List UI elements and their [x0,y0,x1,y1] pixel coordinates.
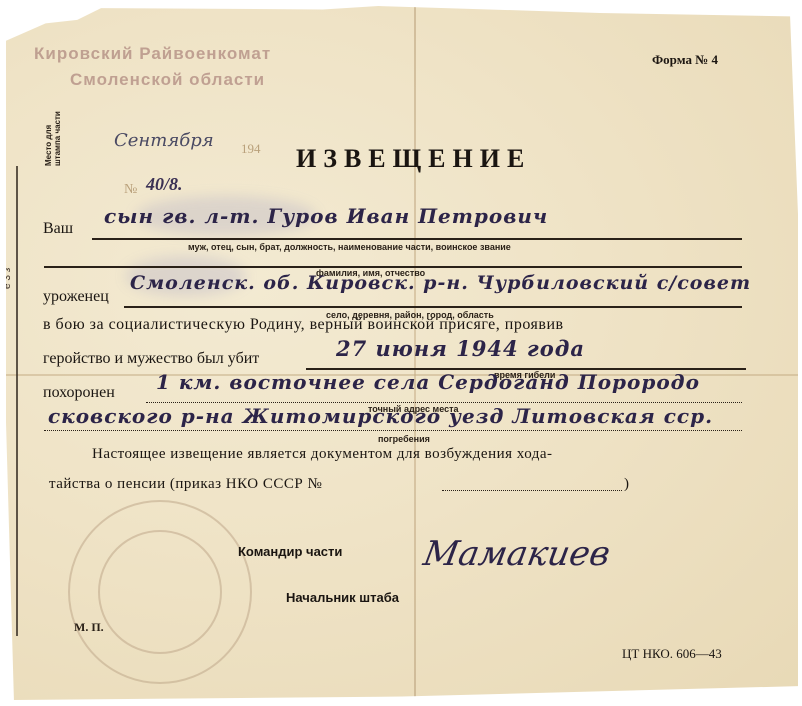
burial-hint2: погребения [378,434,430,444]
vash-label: Ваш [43,220,73,238]
burial-value-line2: сковского р-на Житомирского уезд Литовск… [48,404,713,428]
issuer-stamp-line2: Смоленской области [70,70,265,90]
urozhenets-value: Смоленск. об. Кировск. р-н. Чурбиловский… [130,272,751,294]
commander-label: Командир части [238,544,342,559]
print-code: ЦТ НКО. 606—43 [622,646,722,662]
issuer-stamp-line1: Кировский Райвоенкомат [34,44,271,64]
vash-value: сын гв. л-т. Гуров Иван Петрович [104,204,548,228]
burial-line2 [44,430,742,431]
urozhenets-label: уроженец [43,288,109,306]
death-date-value: 27 июня 1944 года [336,336,585,361]
year-printed: 194 [241,141,261,157]
commander-signature: Мамакиев [420,534,613,574]
vash-line [92,238,742,240]
statement-line2: тайства о пенсии (приказ НКО СССР № [49,476,322,493]
official-seal-inner [98,530,222,654]
margin-rule [16,166,18,636]
geroistvo-label: геройство и мужество был убит [43,350,259,368]
urozhenets-line [124,306,742,308]
statement-close: ) [624,476,630,493]
form-number: Форма № 4 [652,52,718,68]
statement-line1: Настоящее извещение является документом … [92,446,553,463]
document-number: 40/8. [146,174,183,195]
side-code: е 3 з [2,268,13,289]
pokhoronen-label: похоронен [43,384,115,402]
document-title: ИЗВЕЩЕНИЕ [296,144,531,174]
sentence-line1: в бою за социалистическую Родину, верный… [43,316,564,334]
chief-of-staff-label: Начальник штаба [286,590,399,605]
number-label: № [124,182,137,198]
order-number-line [442,490,622,491]
vash-hint: муж, отец, сын, брат, должность, наимено… [188,242,511,252]
date-handwritten: Сентября [114,130,214,151]
document-paper: е 3 з Кировский Райвоенкомат Смоленской … [6,6,798,700]
burial-value-line1: 1 км. восточнее села Сердоганд Порородо [156,370,700,394]
stamp-place-label: Место для штампа части [44,106,62,166]
burial-line1 [146,402,742,403]
mp-label: М. П. [74,620,104,635]
